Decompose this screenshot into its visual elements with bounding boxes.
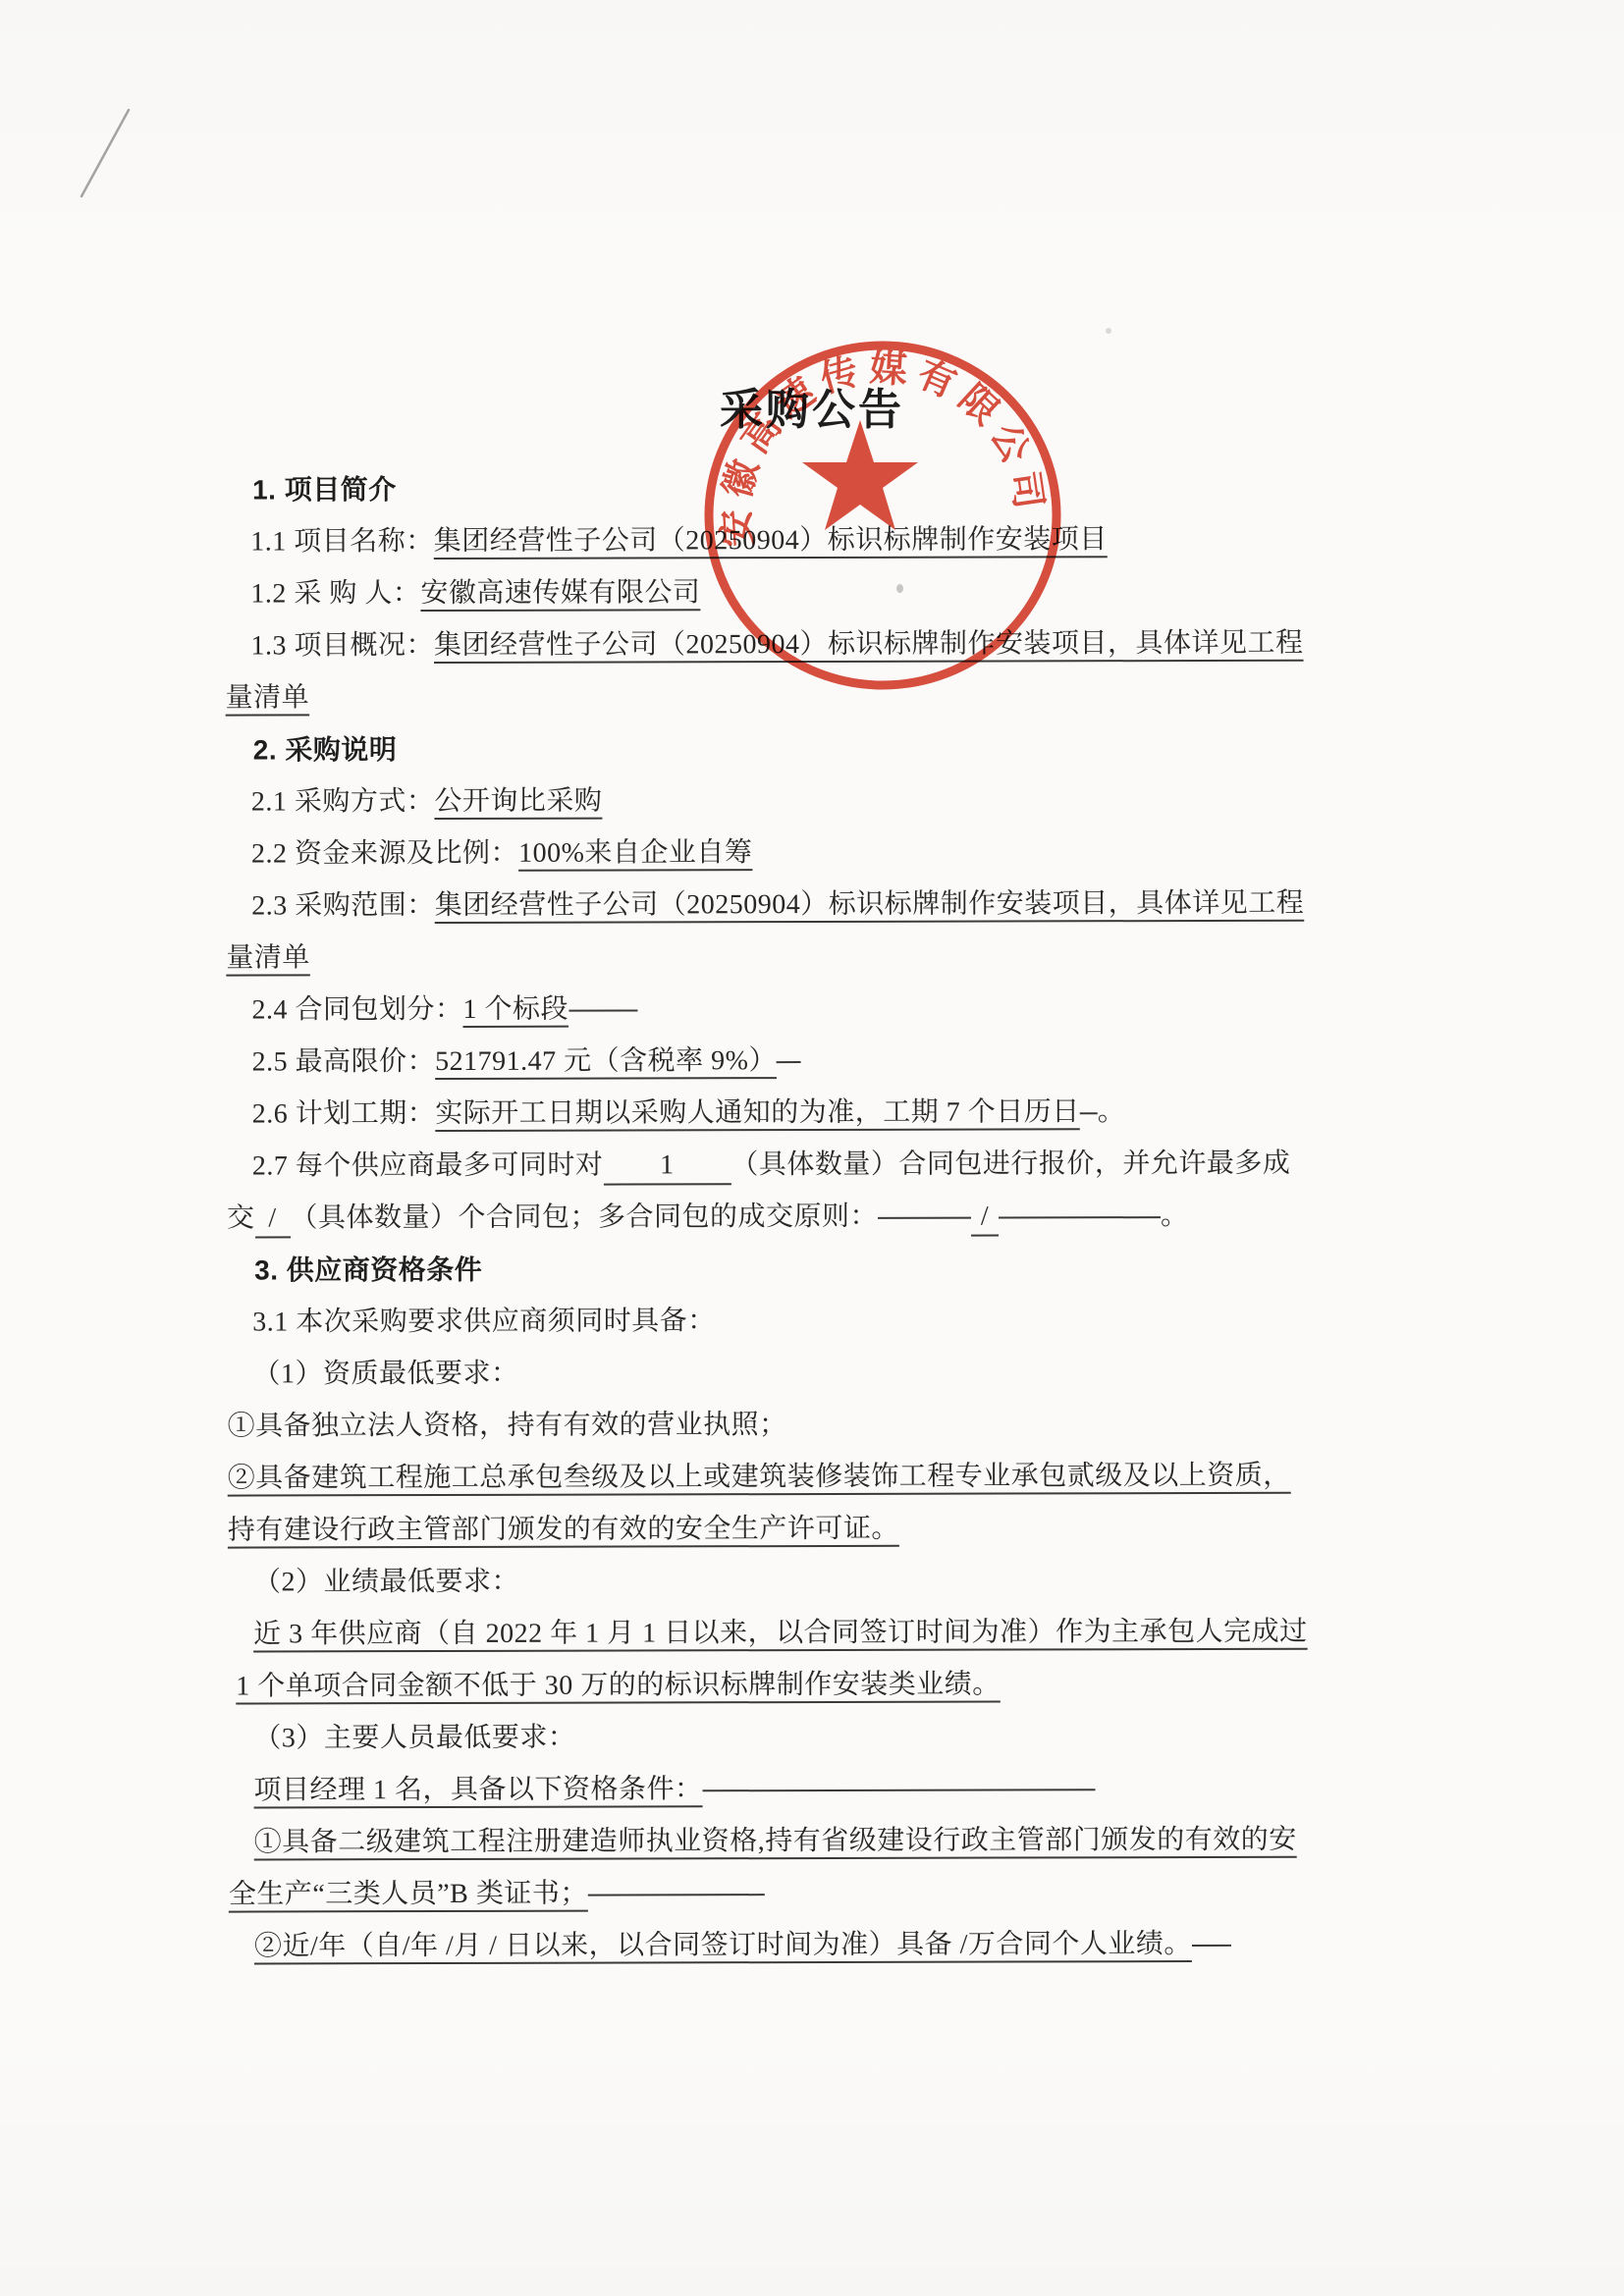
- paragraph-text: ②近/年（自/年 /月 / 日以来，以合同签订时间为准）具备 /万合同个人业绩。: [254, 1929, 1192, 1961]
- line-2-1: 2.1 采购方式：公开询比采购: [226, 773, 1409, 828]
- paragraph-text: 2.7 每个供应商最多可同时对: [252, 1150, 604, 1182]
- paragraph-text: （2）业绩最低要求：: [253, 1567, 519, 1598]
- line-2-3-continuation: 量清单: [226, 929, 1409, 984]
- field-label: 2.2 资金来源及比例：: [251, 838, 518, 870]
- requirement-2-line-1: 近 3 年供应商（自 2022 年 1 月 1 日以来，以合同签订时间为准）作为…: [228, 1605, 1411, 1660]
- requirement-3-item-1: ①具备二级建筑工程注册建造师执业资格,持有省级建设行政主管部门颁发的有效的安: [229, 1813, 1412, 1868]
- requirement-1-item-1: ①具备独立法人资格，持有有效的营业执照；: [227, 1397, 1410, 1452]
- requirement-3-line-1: 项目经理 1 名，具备以下资格条件：: [228, 1761, 1411, 1816]
- paragraph-text: 1 个单项合同金额不低于 30 万的的标识标牌制作安装类业绩。: [236, 1670, 1001, 1702]
- line-3-1: 3.1 本次采购要求供应商须同时具备：: [227, 1293, 1410, 1348]
- paragraph-text: （具体数量）个合同包；多合同包的成交原则：: [290, 1201, 878, 1234]
- paragraph-text: （1）资质最低要求：: [252, 1359, 518, 1390]
- paragraph-text: ②具备建筑工程施工总承包叁级及以上或建筑装修装饰工程专业承包贰级及以上资质，: [228, 1461, 1291, 1494]
- requirement-1-heading: （1）资质最低要求：: [227, 1345, 1410, 1400]
- section-3-heading: 3. 供应商资格条件: [227, 1241, 1410, 1296]
- section-1-heading-text: 1. 项目简介: [252, 474, 397, 505]
- line-1-3: 1.3 项目概况：集团经营性子公司（20250904）标识标牌制作安装项目，具体…: [225, 616, 1408, 671]
- field-value: 集团经营性子公司（20250904）标识标牌制作安装项目，具体详见工程: [435, 888, 1305, 921]
- pen-stroke-mark: [75, 106, 137, 202]
- field-value-continuation: 量清单: [226, 682, 310, 713]
- line-2-4: 2.4 合同包划分：1 个标段: [226, 981, 1409, 1036]
- page-title: 采购公告: [0, 374, 1624, 437]
- scanned-document-page: 采购公告 1. 项目简介 1.1 项目名称：集团经营性子公司（20250904）…: [0, 0, 1624, 2296]
- field-value: 1 个标段: [462, 994, 568, 1025]
- field-value: 公开询比采购: [434, 786, 602, 817]
- scan-speck: [1106, 328, 1111, 334]
- field-label: 2.4 合同包划分：: [251, 994, 462, 1026]
- field-label: 1.2 采 购 人：: [250, 578, 420, 609]
- line-2-2: 2.2 资金来源及比例：100%来自企业自筹: [226, 825, 1409, 880]
- field-value-continuation: 量清单: [226, 942, 310, 973]
- section-2-heading: 2. 采购说明: [226, 721, 1409, 775]
- field-label: 2.1 采购方式：: [251, 786, 435, 817]
- field-value: 集团经营性子公司（20250904）标识标牌制作安装项目，具体详见工程: [434, 628, 1304, 661]
- field-label: 2.3 采购范围：: [251, 890, 435, 921]
- filled-blank-slash: /: [971, 1191, 999, 1243]
- field-label: 1.1 项目名称：: [250, 526, 434, 557]
- paragraph-text: 持有建设行政主管部门颁发的有效的安全生产许可证。: [228, 1514, 899, 1546]
- section-1-heading: 1. 项目简介: [225, 460, 1408, 515]
- field-label: 2.5 最高限价：: [252, 1046, 436, 1077]
- paragraph-text: 3.1 本次采购要求供应商须同时具备：: [252, 1306, 716, 1337]
- line-2-7: 2.7 每个供应商最多可同时对1（具体数量）合同包进行报价，并允许最多成: [227, 1137, 1410, 1192]
- line-1-3-continuation: 量清单: [226, 668, 1409, 723]
- line-2-3: 2.3 采购范围：集团经营性子公司（20250904）标识标牌制作安装项目，具体…: [226, 877, 1409, 932]
- requirement-2-line-2: 1 个单项合同金额不低于 30 万的的标识标牌制作安装类业绩。: [228, 1657, 1411, 1712]
- paragraph-text: ①具备独立法人资格，持有有效的营业执照；: [228, 1410, 787, 1441]
- paragraph-text: 项目经理 1 名，具备以下资格条件：: [253, 1774, 702, 1805]
- requirement-2-heading: （2）业绩最低要求：: [228, 1553, 1411, 1608]
- field-value: 集团经营性子公司（20250904）标识标牌制作安装项目: [434, 524, 1108, 557]
- field-value: 100%来自企业自筹: [518, 837, 752, 869]
- period: 。: [1161, 1201, 1189, 1231]
- section-2-heading-text: 2. 采购说明: [253, 734, 398, 765]
- filled-blank-quantity: 1: [603, 1139, 731, 1191]
- paragraph-text: 交: [227, 1203, 255, 1234]
- paragraph-text: ①具备二级建筑工程注册建造师执业资格,持有省级建设行政主管部门颁发的有效的安: [254, 1825, 1297, 1858]
- field-label: 1.3 项目概况：: [250, 630, 434, 661]
- document-body: 1. 项目简介 1.1 项目名称：集团经营性子公司（20250904）标识标牌制…: [225, 460, 1412, 1972]
- period: 。: [1098, 1096, 1126, 1127]
- field-value: 521791.47 元（含税率 9%）: [435, 1045, 777, 1077]
- requirement-3-item-1-continuation: 全生产“三类人员”B 类证书；: [229, 1865, 1412, 1920]
- requirement-3-heading: （3）主要人员最低要求：: [228, 1709, 1411, 1764]
- requirement-3-item-2: ②近/年（自/年 /月 / 日以来，以合同签订时间为准）具备 /万合同个人业绩。: [229, 1917, 1412, 1972]
- line-2-7-continuation: 交/（具体数量）个合同包；多合同包的成交原则：/。: [227, 1189, 1410, 1244]
- paragraph-text: （具体数量）合同包进行报价，并允许最多成: [731, 1148, 1290, 1180]
- paragraph-text: 全生产“三类人员”B 类证书；: [229, 1879, 588, 1910]
- section-3-heading-text: 3. 供应商资格条件: [254, 1255, 482, 1286]
- requirement-1-item-2-continuation: 持有建设行政主管部门颁发的有效的安全生产许可证。: [228, 1501, 1411, 1556]
- field-value: 实际开工日期以采购人通知的为准，工期 7 个日历日: [435, 1096, 1080, 1129]
- field-value: 安徽高速传媒有限公司: [420, 577, 700, 609]
- paragraph-text: （3）主要人员最低要求：: [253, 1723, 575, 1754]
- field-label: 2.6 计划工期：: [252, 1098, 436, 1129]
- requirement-1-item-2: ②具备建筑工程施工总承包叁级及以上或建筑装修装饰工程专业承包贰级及以上资质，: [228, 1449, 1411, 1504]
- paragraph-text: 近 3 年供应商（自 2022 年 1 月 1 日以来，以合同签订时间为准）作为…: [253, 1617, 1308, 1650]
- line-2-6: 2.6 计划工期：实际开工日期以采购人通知的为准，工期 7 个日历日。: [227, 1085, 1410, 1140]
- line-1-1: 1.1 项目名称：集团经营性子公司（20250904）标识标牌制作安装项目: [225, 512, 1408, 567]
- line-2-5: 2.5 最高限价：521791.47 元（含税率 9%）: [227, 1033, 1410, 1088]
- filled-blank-slash: /: [254, 1192, 290, 1244]
- blank-underline: [703, 1796, 1096, 1797]
- line-1-2: 1.2 采 购 人：安徽高速传媒有限公司: [225, 564, 1408, 619]
